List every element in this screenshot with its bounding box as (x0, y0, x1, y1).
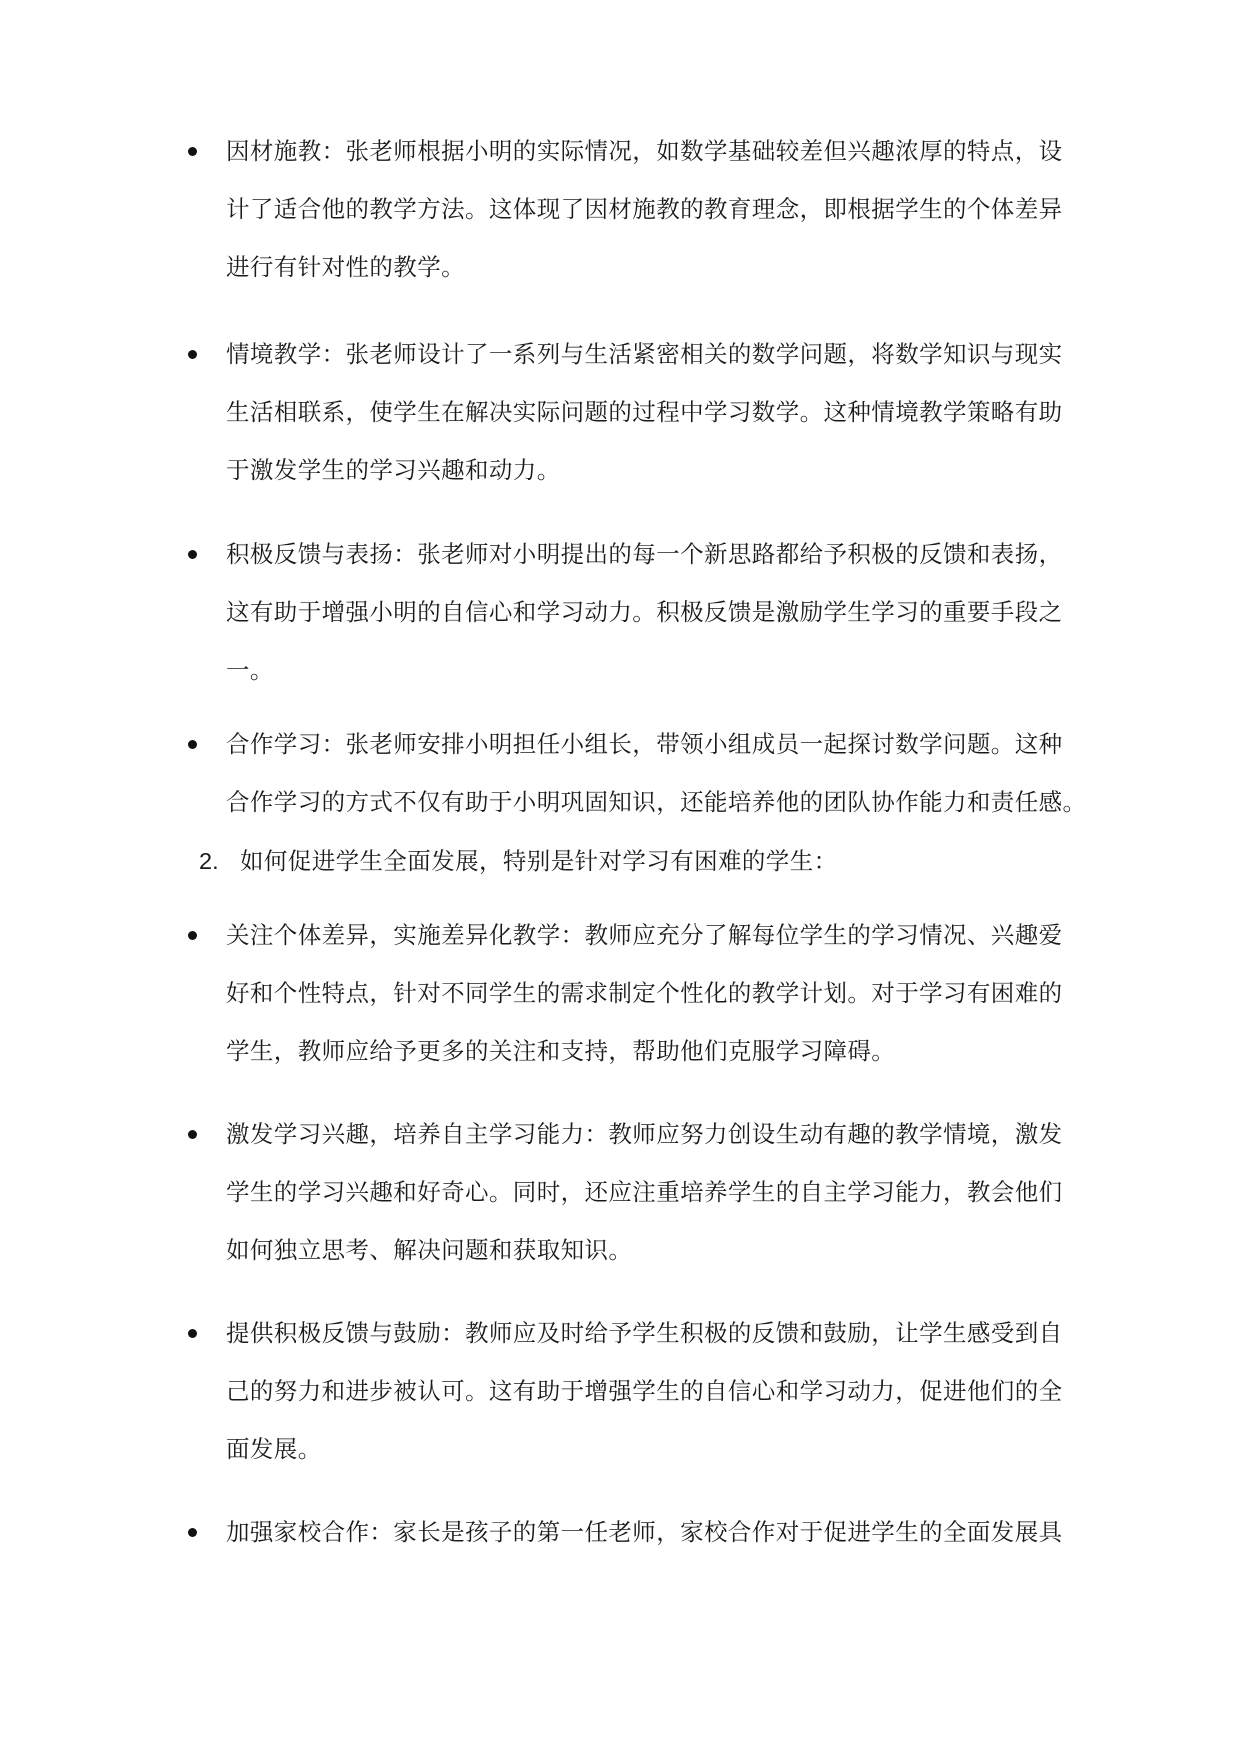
text-line: 情境教学：张老师设计了一系列与生活紧密相关的数学问题，将数学知识与现实 (226, 339, 1063, 369)
text-line: 学生，教师应给予更多的关注和支持，帮助他们克服学习障碍。 (226, 1036, 895, 1066)
text-line: 因材施教：张老师根据小明的实际情况，如数学基础较差但兴趣浓厚的特点，设 (226, 136, 1063, 166)
bullet-icon (188, 1130, 197, 1139)
bullet-icon (188, 740, 197, 749)
text-line: 己的努力和进步被认可。这有助于增强学生的自信心和学习动力，促进他们的全 (226, 1376, 1063, 1406)
bullet-icon (188, 350, 197, 359)
text-line: 这有助于增强小明的自信心和学习动力。积极反馈是激励学生学习的重要手段之 (226, 597, 1063, 627)
question-text: 如何促进学生全面发展，特别是针对学习有困难的学生： (240, 846, 838, 876)
bullet-icon (188, 1528, 197, 1537)
bullet-icon (188, 931, 197, 940)
text-line: 合作学习：张老师安排小明担任小组长，带领小组成员一起探讨数学问题。这种 (226, 729, 1063, 759)
text-line: 积极反馈与表扬：张老师对小明提出的每一个新思路都给予积极的反馈和表扬， (226, 539, 1063, 569)
text-line: 关注个体差异，实施差异化教学：教师应充分了解每位学生的学习情况、兴趣爱 (226, 920, 1063, 950)
text-line: 学生的学习兴趣和好奇心。同时，还应注重培养学生的自主学习能力，教会他们 (226, 1177, 1063, 1207)
list-number: 2. (199, 846, 219, 876)
bullet-icon (188, 1329, 197, 1338)
text-line: 于激发学生的学习兴趣和动力。 (226, 455, 561, 485)
text-line: 进行有针对性的教学。 (226, 252, 465, 282)
bullet-icon (188, 147, 197, 156)
text-line: 一。 (226, 655, 274, 685)
text-line: 合作学习的方式不仅有助于小明巩固知识，还能培养他的团队协作能力和责任感。 (226, 787, 1086, 817)
text-line: 面发展。 (226, 1434, 322, 1464)
bullet-icon (188, 550, 197, 559)
text-line: 加强家校合作：家长是孩子的第一任老师，家校合作对于促进学生的全面发展具 (226, 1517, 1063, 1547)
text-line: 计了适合他的教学方法。这体现了因材施教的教育理念，即根据学生的个体差异 (226, 194, 1063, 224)
text-line: 生活相联系，使学生在解决实际问题的过程中学习数学。这种情境教学策略有助 (226, 397, 1063, 427)
text-line: 提供积极反馈与鼓励：教师应及时给予学生积极的反馈和鼓励，让学生感受到自 (226, 1318, 1063, 1348)
text-line: 如何独立思考、解决问题和获取知识。 (226, 1235, 632, 1265)
text-line: 激发学习兴趣，培养自主学习能力：教师应努力创设生动有趣的教学情境，激发 (226, 1119, 1063, 1149)
text-line: 好和个性特点，针对不同学生的需求制定个性化的教学计划。对于学习有困难的 (226, 978, 1063, 1008)
document-page: 因材施教：张老师根据小明的实际情况，如数学基础较差但兴趣浓厚的特点，设 计了适合… (0, 0, 1241, 1754)
